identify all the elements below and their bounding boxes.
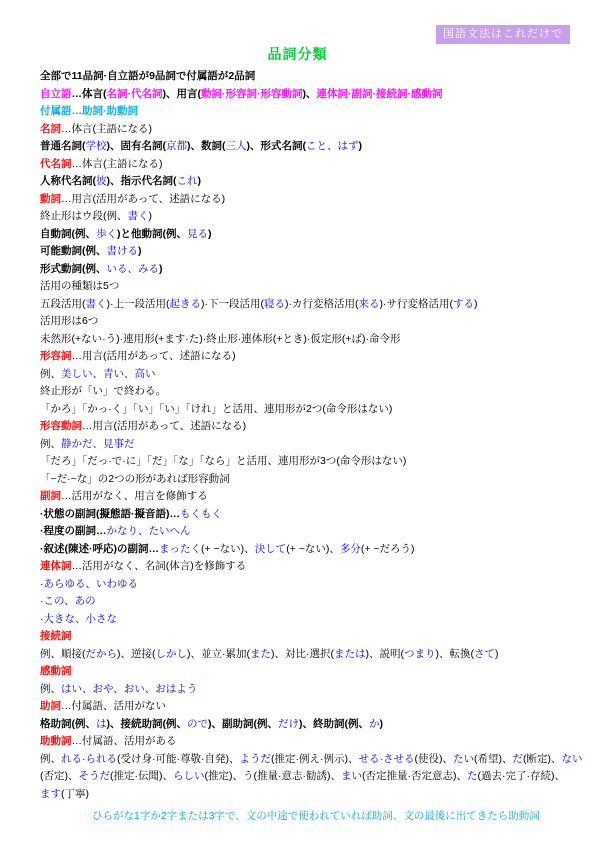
text-segment: )、指示代名詞( <box>107 175 177 187</box>
text-segment: れる·られる <box>61 753 117 765</box>
text-line: 名詞…体言(主語になる) <box>40 121 585 139</box>
text-segment: ) <box>198 175 202 187</box>
text-segment: 連体詞 <box>40 560 72 572</box>
text-segment: 寝る <box>264 298 285 310</box>
text-segment: する <box>453 298 474 310</box>
text-segment: 起きる <box>170 298 202 310</box>
text-line: (否定)、そうだ(推定·伝聞)、らしい(推定)、う(推量·意志·勧誘)、まい(否… <box>40 768 585 786</box>
text-segment: 見る <box>187 228 208 240</box>
text-segment: )、並立·累加( <box>187 648 250 660</box>
text-segment: (否定)、 <box>40 770 79 782</box>
text-line: 「だろ」「だっ·で·に」「だ」「な」「なら」と活用、連用形が3つ(命令形はない) <box>40 453 585 471</box>
text-segment: は <box>96 718 107 730</box>
text-segment: )·カ行変格活用( <box>285 298 359 310</box>
text-line: 代名詞…体言(主語になる) <box>40 156 585 174</box>
text-segment: ) <box>495 648 499 660</box>
text-segment: 助詞 <box>40 700 61 712</box>
text-segment: …体言(主語になる) <box>61 123 152 135</box>
text-segment: (受け身·可能·尊敬·自発)、 <box>117 753 239 765</box>
text-line: 形容動詞…用言(活用があって、述語になる) <box>40 418 585 436</box>
text-segment: )、転換( <box>436 648 475 660</box>
text-line: 形容詞…用言(活用があって、述語になる) <box>40 348 585 366</box>
text-segment: はい、おや、おい、おはよう <box>61 683 197 695</box>
text-line: 普通名詞(学校)、固有名詞(京都)、数詞(三人)、形式名詞(こと、はず) <box>40 138 585 156</box>
text-segment: )、副助詞(例、 <box>208 718 278 730</box>
text-segment: ) <box>359 140 363 152</box>
text-segment: 「だろ」「だっ·で·に」「だ」「な」「なら」と活用、連用形が3つ(命令形はない) <box>40 455 406 467</box>
text-segment: (推定·例え·例示)、 <box>271 753 359 765</box>
text-segment: 終止形が「い」で終わる。 <box>40 385 166 397</box>
text-segment: かなり、たいへん <box>107 525 191 537</box>
text-line: 活用の種類は5つ <box>40 278 585 296</box>
text-segment: ようだ <box>239 753 271 765</box>
text-segment: (使役)、 <box>414 753 453 765</box>
text-line: 例、はい、おや、おい、おはよう <box>40 681 585 699</box>
text-segment: (+ ~だろう) <box>361 543 415 555</box>
text-line: ·状態の副詞(擬態語·擬音語)…もくもく <box>40 506 585 524</box>
text-segment: 例、 <box>40 753 61 765</box>
text-line: ·程度の副詞…かなり、たいへん <box>40 523 585 541</box>
text-line: 未然形(+ない·う)·連用形(+ます·た)·終止形·連体形(+とき)·仮定形(+… <box>40 331 585 349</box>
text-segment: 感動詞 <box>40 665 72 677</box>
text-line: 感動詞 <box>40 663 585 681</box>
text-line: 「かろ」「かっ·く」「い」「い」「けれ」と活用、連用形が2つ(命令形はない) <box>40 401 585 419</box>
text-segment: 学校 <box>86 140 107 152</box>
text-segment: 五段活用( <box>40 298 86 310</box>
text-line: ひらがな1字か2字または3字で、文の中途で使われていれば助詞、文の最後に出てきた… <box>92 808 585 826</box>
text-segment: ひらがな1字か2字または3字で、文の中途で使われていれば助詞、文の最後に出てきた… <box>92 810 540 822</box>
text-segment: 決して <box>255 543 287 555</box>
text-line: 全部で11品詞·自立語が9品詞で付属語が2品詞 <box>40 68 585 86</box>
text-segment: 歩く <box>96 228 117 240</box>
text-segment: (推定)、 <box>205 770 244 782</box>
text-segment: ) <box>474 298 478 310</box>
text-segment: )、説明( <box>366 648 405 660</box>
text-segment: 形容動詞 <box>40 420 82 432</box>
text-segment: …活用がなく、用言を修飾する <box>61 490 208 502</box>
text-segment: …体言( <box>72 88 107 100</box>
text-segment: 書く <box>86 298 107 310</box>
text-segment: つまり <box>404 648 436 660</box>
text-segment: ます <box>40 788 61 800</box>
text-segment: )·下一段活用( <box>201 298 264 310</box>
text-segment: ない <box>561 753 582 765</box>
text-segment: これ <box>177 175 198 187</box>
text-segment: 多分 <box>340 543 361 555</box>
text-line: 形式動詞(例、いる、みる) <box>40 261 585 279</box>
document-body: 全部で11品詞·自立語が9品詞で付属語が2品詞自立語…体言(名詞·代名詞)、用言… <box>40 68 585 826</box>
text-segment: まい <box>341 770 362 782</box>
text-segment: ) <box>149 210 153 222</box>
text-line: 「~だ·~な」の2つの形があれば形容動詞 <box>40 471 585 489</box>
text-segment: 例、 <box>40 368 61 380</box>
text-line: 五段活用(書く)·上一段活用(起きる)·下一段活用(寝る)·カ行変格活用(来る)… <box>40 296 585 314</box>
text-segment: 付属語…助詞·助動詞 <box>40 105 138 117</box>
text-segment: また <box>250 648 271 660</box>
text-segment: もくもく <box>180 508 222 520</box>
text-segment: 全部で11品詞·自立語が9品詞で付属語が2品詞 <box>40 70 255 82</box>
text-segment: たい <box>453 753 474 765</box>
text-segment: …付属語、活用がない <box>61 700 166 712</box>
text-segment: 例、順接( <box>40 648 86 660</box>
text-segment: ) <box>208 228 212 240</box>
text-segment: (断定)、 <box>523 753 562 765</box>
text-segment: (推量·意志·勧誘)、 <box>254 770 342 782</box>
text-segment: 動詞 <box>40 193 61 205</box>
text-segment: 終止形はウ段(例、 <box>40 210 128 222</box>
text-segment: …用言(活用があって、述語になる) <box>72 350 236 362</box>
text-line: ·この、あの <box>40 593 585 611</box>
text-segment: 例、 <box>40 438 61 450</box>
text-segment: または <box>334 648 366 660</box>
text-segment: 連体詞·副詞·接続詞·感動詞 <box>317 88 443 100</box>
text-segment: か <box>369 718 380 730</box>
text-segment: 来る <box>359 298 380 310</box>
text-line: 副詞…活用がなく、用言を修飾する <box>40 488 585 506</box>
text-line: 活用形は6つ <box>40 313 585 331</box>
text-segment: ·程度の副詞… <box>40 525 107 537</box>
text-line: 動詞…用言(活用があって、述語になる) <box>40 191 585 209</box>
text-line: 可能動詞(例、書ける) <box>40 243 585 261</box>
text-line: 終止形はウ段(例、書く) <box>40 208 585 226</box>
text-segment: )、形式名詞( <box>247 140 307 152</box>
text-segment: …体言(主語になる) <box>72 158 163 170</box>
text-segment: う <box>243 770 254 782</box>
text-segment: 書ける <box>107 245 139 257</box>
text-segment: 自立語 <box>40 88 72 100</box>
text-segment: こと、はず <box>306 140 359 152</box>
text-segment: 彼 <box>96 175 107 187</box>
text-segment: 未然形(+ない·う)·連用形(+ます·た)·終止形·連体形(+とき)·仮定形(+… <box>40 333 400 345</box>
text-segment: )、 <box>303 88 317 100</box>
text-line: ます(丁寧) <box>40 786 585 804</box>
text-segment: だから <box>86 648 118 660</box>
text-segment: だ <box>512 753 523 765</box>
text-segment: あらゆる、いわゆる <box>44 578 139 590</box>
text-segment: …用言(活用があって、述語になる) <box>82 420 246 432</box>
text-segment: 三人 <box>226 140 247 152</box>
text-segment: せる·させる <box>358 753 414 765</box>
text-segment: らしい <box>173 770 205 782</box>
text-segment: …用言(活用があって、述語になる) <box>61 193 225 205</box>
text-segment: )、接続助詞(例、 <box>107 718 188 730</box>
text-segment: いる、みる <box>107 263 160 275</box>
text-line: 助動詞…付属語、活用がある <box>40 733 585 751</box>
text-line: 自動詞(例、歩く)と他動詞(例、見る) <box>40 226 585 244</box>
text-segment: )、対比·選択( <box>271 648 334 660</box>
text-segment: (+ ~ない)、 <box>286 543 340 555</box>
text-segment: 書く <box>128 210 149 222</box>
text-line: 付属語…助詞·助動詞 <box>40 103 585 121</box>
text-line: 終止形が「い」で終わる。 <box>40 383 585 401</box>
text-segment: 活用形は6つ <box>40 315 98 327</box>
text-segment: しかし <box>156 648 188 660</box>
text-line: 格助詞(例、は)、接続助詞(例、ので)、副助詞(例、だけ)、終助詞(例、か) <box>40 716 585 734</box>
text-segment: 例、 <box>40 683 61 695</box>
text-segment: )、固有名詞( <box>107 140 167 152</box>
text-segment: (+ ~ない)、 <box>201 543 255 555</box>
text-segment: (希望)、 <box>474 753 513 765</box>
text-segment: )、終助詞(例、 <box>299 718 369 730</box>
text-segment: )·サ行変格活用( <box>380 298 454 310</box>
text-segment: 活用の種類は5つ <box>40 280 119 292</box>
text-segment: ) <box>380 718 384 730</box>
text-segment: 接続詞 <box>40 630 72 642</box>
text-segment: 助動詞 <box>40 735 72 747</box>
page-title: 品詞分類 <box>0 44 595 64</box>
text-segment: )、用言( <box>163 88 202 100</box>
text-segment: 静かだ、見事だ <box>61 438 135 450</box>
text-segment: )と他動詞(例、 <box>117 228 187 240</box>
text-segment: …付属語、活用がある <box>72 735 177 747</box>
text-line: 例、れる·られる(受け身·可能·尊敬·自発)、ようだ(推定·例え·例示)、せる·… <box>40 751 585 769</box>
text-segment: )·上一段活用( <box>107 298 170 310</box>
text-segment: )、逆接( <box>117 648 156 660</box>
text-line: ·あらゆる、いわゆる <box>40 576 585 594</box>
text-line: 例、順接(だから)、逆接(しかし)、並立·累加(また)、対比·選択(または)、説… <box>40 646 585 664</box>
text-segment: ) <box>159 263 163 275</box>
text-segment: …活用がなく、名詞(体言)を修飾する <box>72 560 247 572</box>
text-segment: この、あの <box>44 595 96 607</box>
text-segment: 「かろ」「かっ·く」「い」「い」「けれ」と活用、連用形が2つ(命令形はない) <box>40 403 392 415</box>
text-segment: 形式動詞(例、 <box>40 263 107 275</box>
text-line: 連体詞…活用がなく、名詞(体言)を修飾する <box>40 558 585 576</box>
text-segment: 名詞·代名詞 <box>107 88 163 100</box>
text-segment: 代名詞 <box>40 158 72 170</box>
text-segment: 格助詞(例、 <box>40 718 96 730</box>
text-segment: だけ <box>278 718 299 730</box>
site-badge[interactable]: 国語文法はこれだけで <box>436 25 570 44</box>
text-segment: まったく <box>159 543 201 555</box>
text-line: 自立語…体言(名詞·代名詞)、用言(動詞·形容詞·形容動詞)、連体詞·副詞·接続… <box>40 86 585 104</box>
text-segment: 「~だ·~な」の2つの形があれば形容動詞 <box>40 473 230 485</box>
text-line: 人称代名詞(彼)、指示代名詞(これ) <box>40 173 585 191</box>
text-segment: ) <box>138 245 142 257</box>
text-segment: 自動詞(例、 <box>40 228 96 240</box>
text-segment: 可能動詞(例、 <box>40 245 107 257</box>
text-segment: (否定推量·否定意志)、 <box>362 770 467 782</box>
text-segment: さて <box>474 648 495 660</box>
text-segment: )、数詞( <box>187 140 226 152</box>
text-segment: そうだ <box>79 770 111 782</box>
text-segment: ので <box>187 718 208 730</box>
text-segment: (過去·完了·存続)、 <box>478 770 566 782</box>
text-line: 接続詞 <box>40 628 585 646</box>
text-segment: 名詞 <box>40 123 61 135</box>
text-segment: 副詞 <box>40 490 61 502</box>
text-segment: ·状態の副詞(擬態語·擬音語)… <box>40 508 180 520</box>
text-segment: 動詞·形容詞·形容動詞 <box>201 88 303 100</box>
text-segment: (推定·伝聞)、 <box>110 770 173 782</box>
text-segment: 美しい、青い、高い <box>61 368 156 380</box>
text-segment: 人称代名詞( <box>40 175 96 187</box>
text-segment: 大きな、小さな <box>44 613 118 625</box>
text-segment: 京都 <box>166 140 187 152</box>
text-segment: た <box>467 770 478 782</box>
text-line: ·叙述(陳述·呼応)の副詞…まったく(+ ~ない)、決して(+ ~ない)、多分(… <box>40 541 585 559</box>
text-segment: 普通名詞( <box>40 140 86 152</box>
text-segment: ·叙述(陳述·呼応)の副詞… <box>40 543 159 555</box>
text-segment: 形容詞 <box>40 350 72 362</box>
text-line: ·大きな、小さな <box>40 611 585 629</box>
text-segment: (丁寧) <box>61 788 89 800</box>
text-line: 例、静かだ、見事だ <box>40 436 585 454</box>
text-line: 助詞…付属語、活用がない <box>40 698 585 716</box>
text-line: 例、美しい、青い、高い <box>40 366 585 384</box>
